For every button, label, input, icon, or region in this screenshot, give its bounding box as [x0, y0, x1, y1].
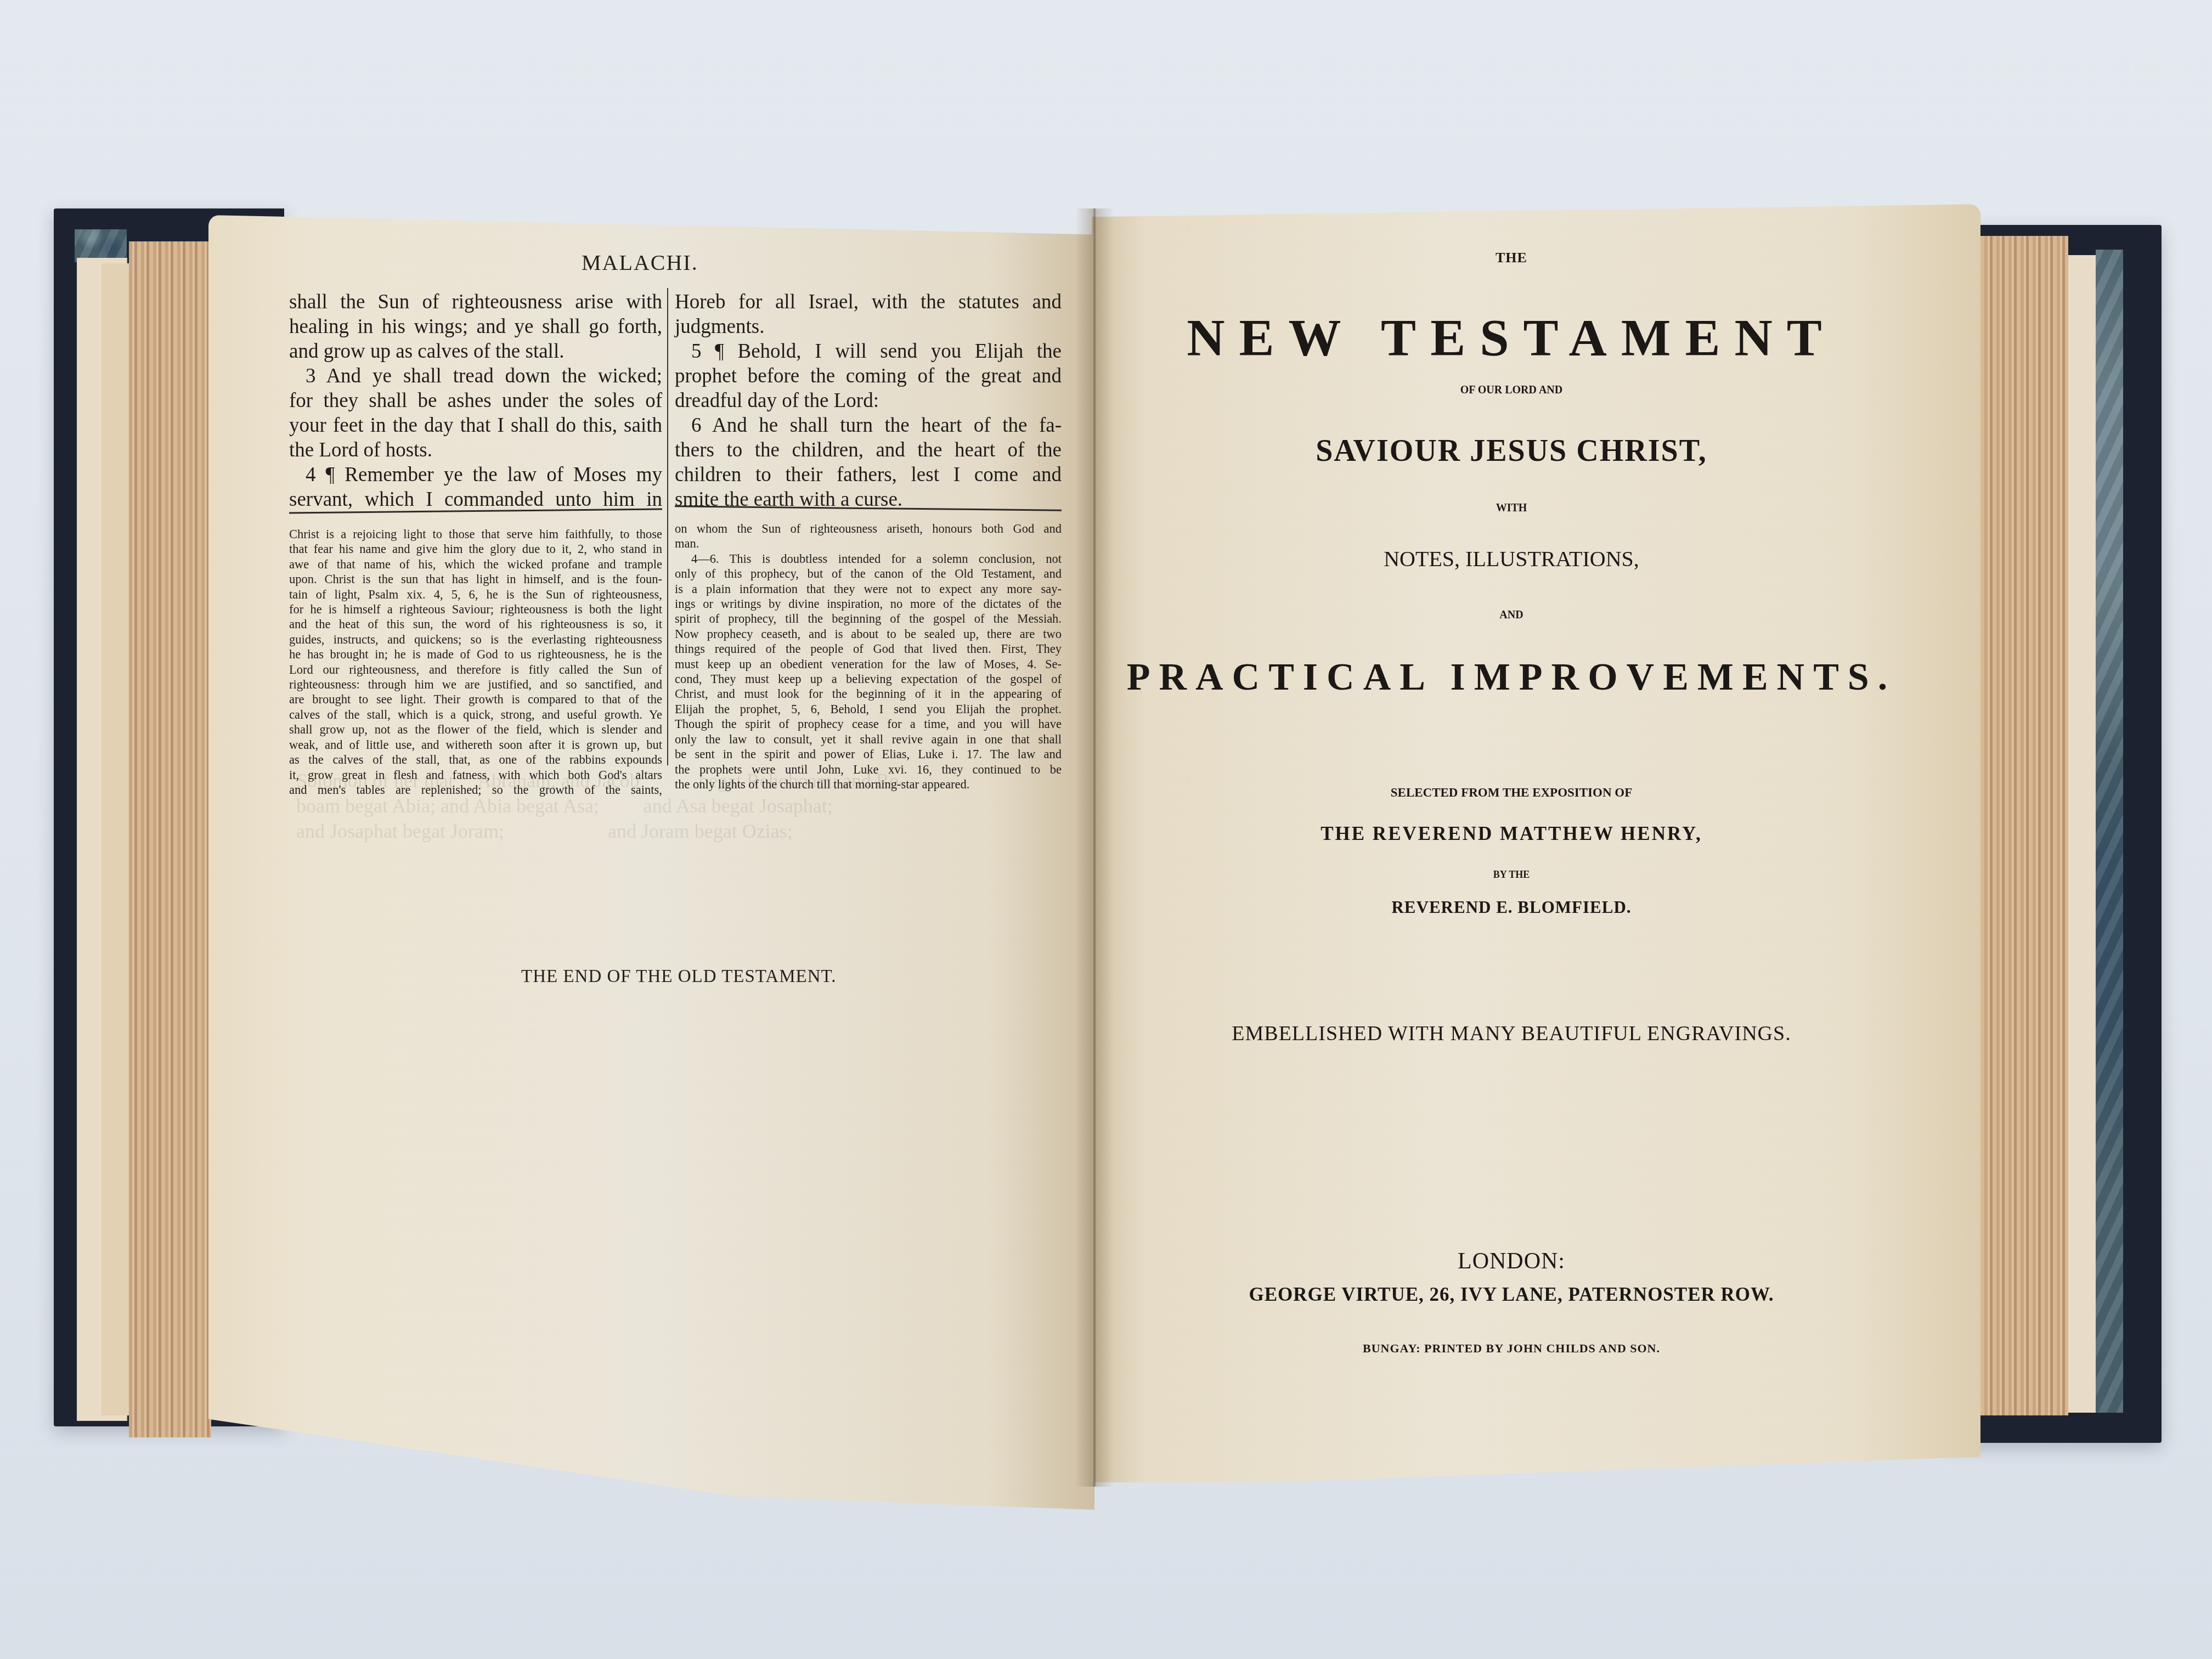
note-line: as the calves of the stall, that, as one…	[289, 752, 662, 767]
note-line: weak, and of little use, and withereth s…	[289, 737, 662, 752]
note-line: man.	[675, 536, 1062, 551]
note-line: spirit of prophecy, till the beginning o…	[675, 611, 1062, 626]
title-matthew-henry: THE REVEREND MATTHEW HENRY,	[1097, 823, 1926, 845]
note-line: it, grow great in flesh and fatness, wit…	[289, 768, 662, 782]
title-by-the: BY THE	[1097, 869, 1926, 881]
verse-line: judgments.	[675, 314, 1062, 339]
verse-line: thers to the children, and the heart of …	[675, 438, 1062, 462]
note-line: is a plain information that they were no…	[675, 582, 1062, 596]
running-head: MALACHI.	[582, 250, 698, 275]
note-line: the only lights of the church till that …	[675, 777, 1062, 792]
flyleaf-left-inner	[101, 263, 132, 1415]
note-line: Christ is a rejoicing light to those tha…	[289, 527, 662, 541]
note-line: and men's tables are replenished; so the…	[289, 782, 662, 797]
title-the: THE	[1097, 250, 1926, 266]
verse-line: dreadful day of the Lord:	[675, 388, 1062, 413]
title-embellished: EMBELLISHED WITH MANY BEAUTIFUL ENGRAVIN…	[1097, 1022, 1926, 1046]
note-line: guides, instructs, and quickens; so is t…	[289, 632, 662, 647]
verse-line: servant, which I commanded unto him in	[289, 487, 662, 512]
verse-line: children to their fathers, lest I come a…	[675, 462, 1062, 487]
scripture-column-1: shall the Sun of righteousness arise wit…	[289, 290, 662, 512]
title-new-testament: NEW TESTAMENT	[1097, 307, 1926, 368]
column-divider	[667, 288, 668, 765]
note-line: that fear his name and give him the glor…	[289, 541, 662, 556]
note-line: Christ, and must look for the beginning …	[675, 686, 1062, 701]
title-with: WITH	[1097, 502, 1926, 515]
note-line: Lord our righteousness, and therefore is…	[289, 662, 662, 677]
marbled-endpaper-right	[2096, 250, 2123, 1413]
commentary-column-2: on whom the Sun of righteousness ariseth…	[675, 521, 1062, 792]
note-line: for he is himself a righteous Saviour; r…	[289, 602, 662, 617]
note-line: only of this prophecy, but of the canon …	[675, 566, 1062, 581]
title-of-our-lord: OF OUR LORD AND	[1097, 384, 1926, 397]
note-line: are brought to see light. Their growth i…	[289, 692, 662, 707]
verse-line: shall the Sun of righteousness arise wit…	[289, 290, 662, 314]
verse-line: 5 ¶ Behold, I will send you Elijah the	[675, 339, 1062, 364]
note-line: righteousness: through him we are justif…	[289, 677, 662, 692]
note-line: only the law to consult, yet it shall re…	[675, 732, 1062, 747]
imprint-publisher: GEORGE VIRTUE, 26, IVY LANE, PATERNOSTER…	[1097, 1284, 1926, 1306]
note-line: ings or writings by divine inspiration, …	[675, 596, 1062, 611]
note-line: Now prophecy ceaseth, and is about to be…	[675, 627, 1062, 641]
note-line: cond, They must keep up a believing expe…	[675, 672, 1062, 686]
verse-line: prophet before the coming of the great a…	[675, 364, 1062, 388]
verse-line: your feet in the day that I shall do thi…	[289, 413, 662, 438]
verse-line: healing in his wings; and ye shall go fo…	[289, 314, 662, 339]
note-line: must keep up an obedient veneration for …	[675, 657, 1062, 672]
endpaper-right	[2066, 255, 2098, 1413]
note-line: Elijah the prophet, 5, 6, Behold, I send…	[675, 702, 1062, 716]
note-line: awe of that name of his, which the wicke…	[289, 557, 662, 572]
commentary-column-1: Christ is a rejoicing light to those tha…	[289, 527, 662, 797]
verse-line: 6 And he shall turn the heart of the fa-	[675, 413, 1062, 438]
note-line: things required of the people of God tha…	[675, 641, 1062, 656]
note-line: on whom the Sun of righteousness ariseth…	[675, 521, 1062, 536]
note-line: upon. Christ is the sun that has light i…	[289, 572, 662, 586]
page-edges-left	[129, 241, 211, 1437]
note-line: be sent in the spirit and power of Elias…	[675, 747, 1062, 761]
note-line: the prophets were until John, Luke xvi. …	[675, 762, 1062, 777]
note-line: tain of light, Psalm xix. 4, 5, 6, he is…	[289, 587, 662, 602]
verse-line: the Lord of hosts.	[289, 438, 662, 462]
verse-line: 4 ¶ Remember ye the law of Moses my	[289, 462, 662, 487]
end-of-old-testament: THE END OF THE OLD TESTAMENT.	[521, 967, 836, 987]
verse-line: and grow up as calves of the stall.	[289, 339, 662, 364]
title-blomfield: REVEREND E. BLOMFIELD.	[1097, 898, 1926, 917]
note-line: Though the spirit of prophecy cease for …	[675, 716, 1062, 731]
verse-line: 3 And ye shall tread down the wicked;	[289, 364, 662, 388]
title-selected-from: SELECTED FROM THE EXPOSITION OF	[1097, 786, 1926, 800]
verse-line: Horeb for all Israel, with the statutes …	[675, 290, 1062, 314]
note-line: and the heat of this sun, the word of hi…	[289, 617, 662, 631]
imprint-printer: BUNGAY: PRINTED BY JOHN CHILDS AND SON.	[1097, 1341, 1926, 1356]
title-and: AND	[1097, 609, 1926, 622]
title-notes: NOTES, ILLUSTRATIONS,	[1097, 546, 1926, 572]
note-line: shall grow up, not as the flower of the …	[289, 722, 662, 737]
title-saviour: SAVIOUR JESUS CHRIST,	[1097, 433, 1926, 469]
imprint-london: LONDON:	[1097, 1248, 1926, 1274]
page-edges-right	[1972, 236, 2068, 1415]
verse-line: for they shall be ashes under the soles …	[289, 388, 662, 413]
note-line: calves of the stall, which is a quick, s…	[289, 707, 662, 722]
marbled-endpaper-left	[75, 229, 127, 262]
scripture-column-2: Horeb for all Israel, with the statutes …	[675, 290, 1062, 512]
note-line: he has brought in; he is made of God to …	[289, 647, 662, 662]
title-practical-improvements: PRACTICAL IMPROVEMENTS.	[1097, 656, 1926, 699]
note-line: 4—6. This is doubtless intended for a so…	[675, 551, 1062, 566]
